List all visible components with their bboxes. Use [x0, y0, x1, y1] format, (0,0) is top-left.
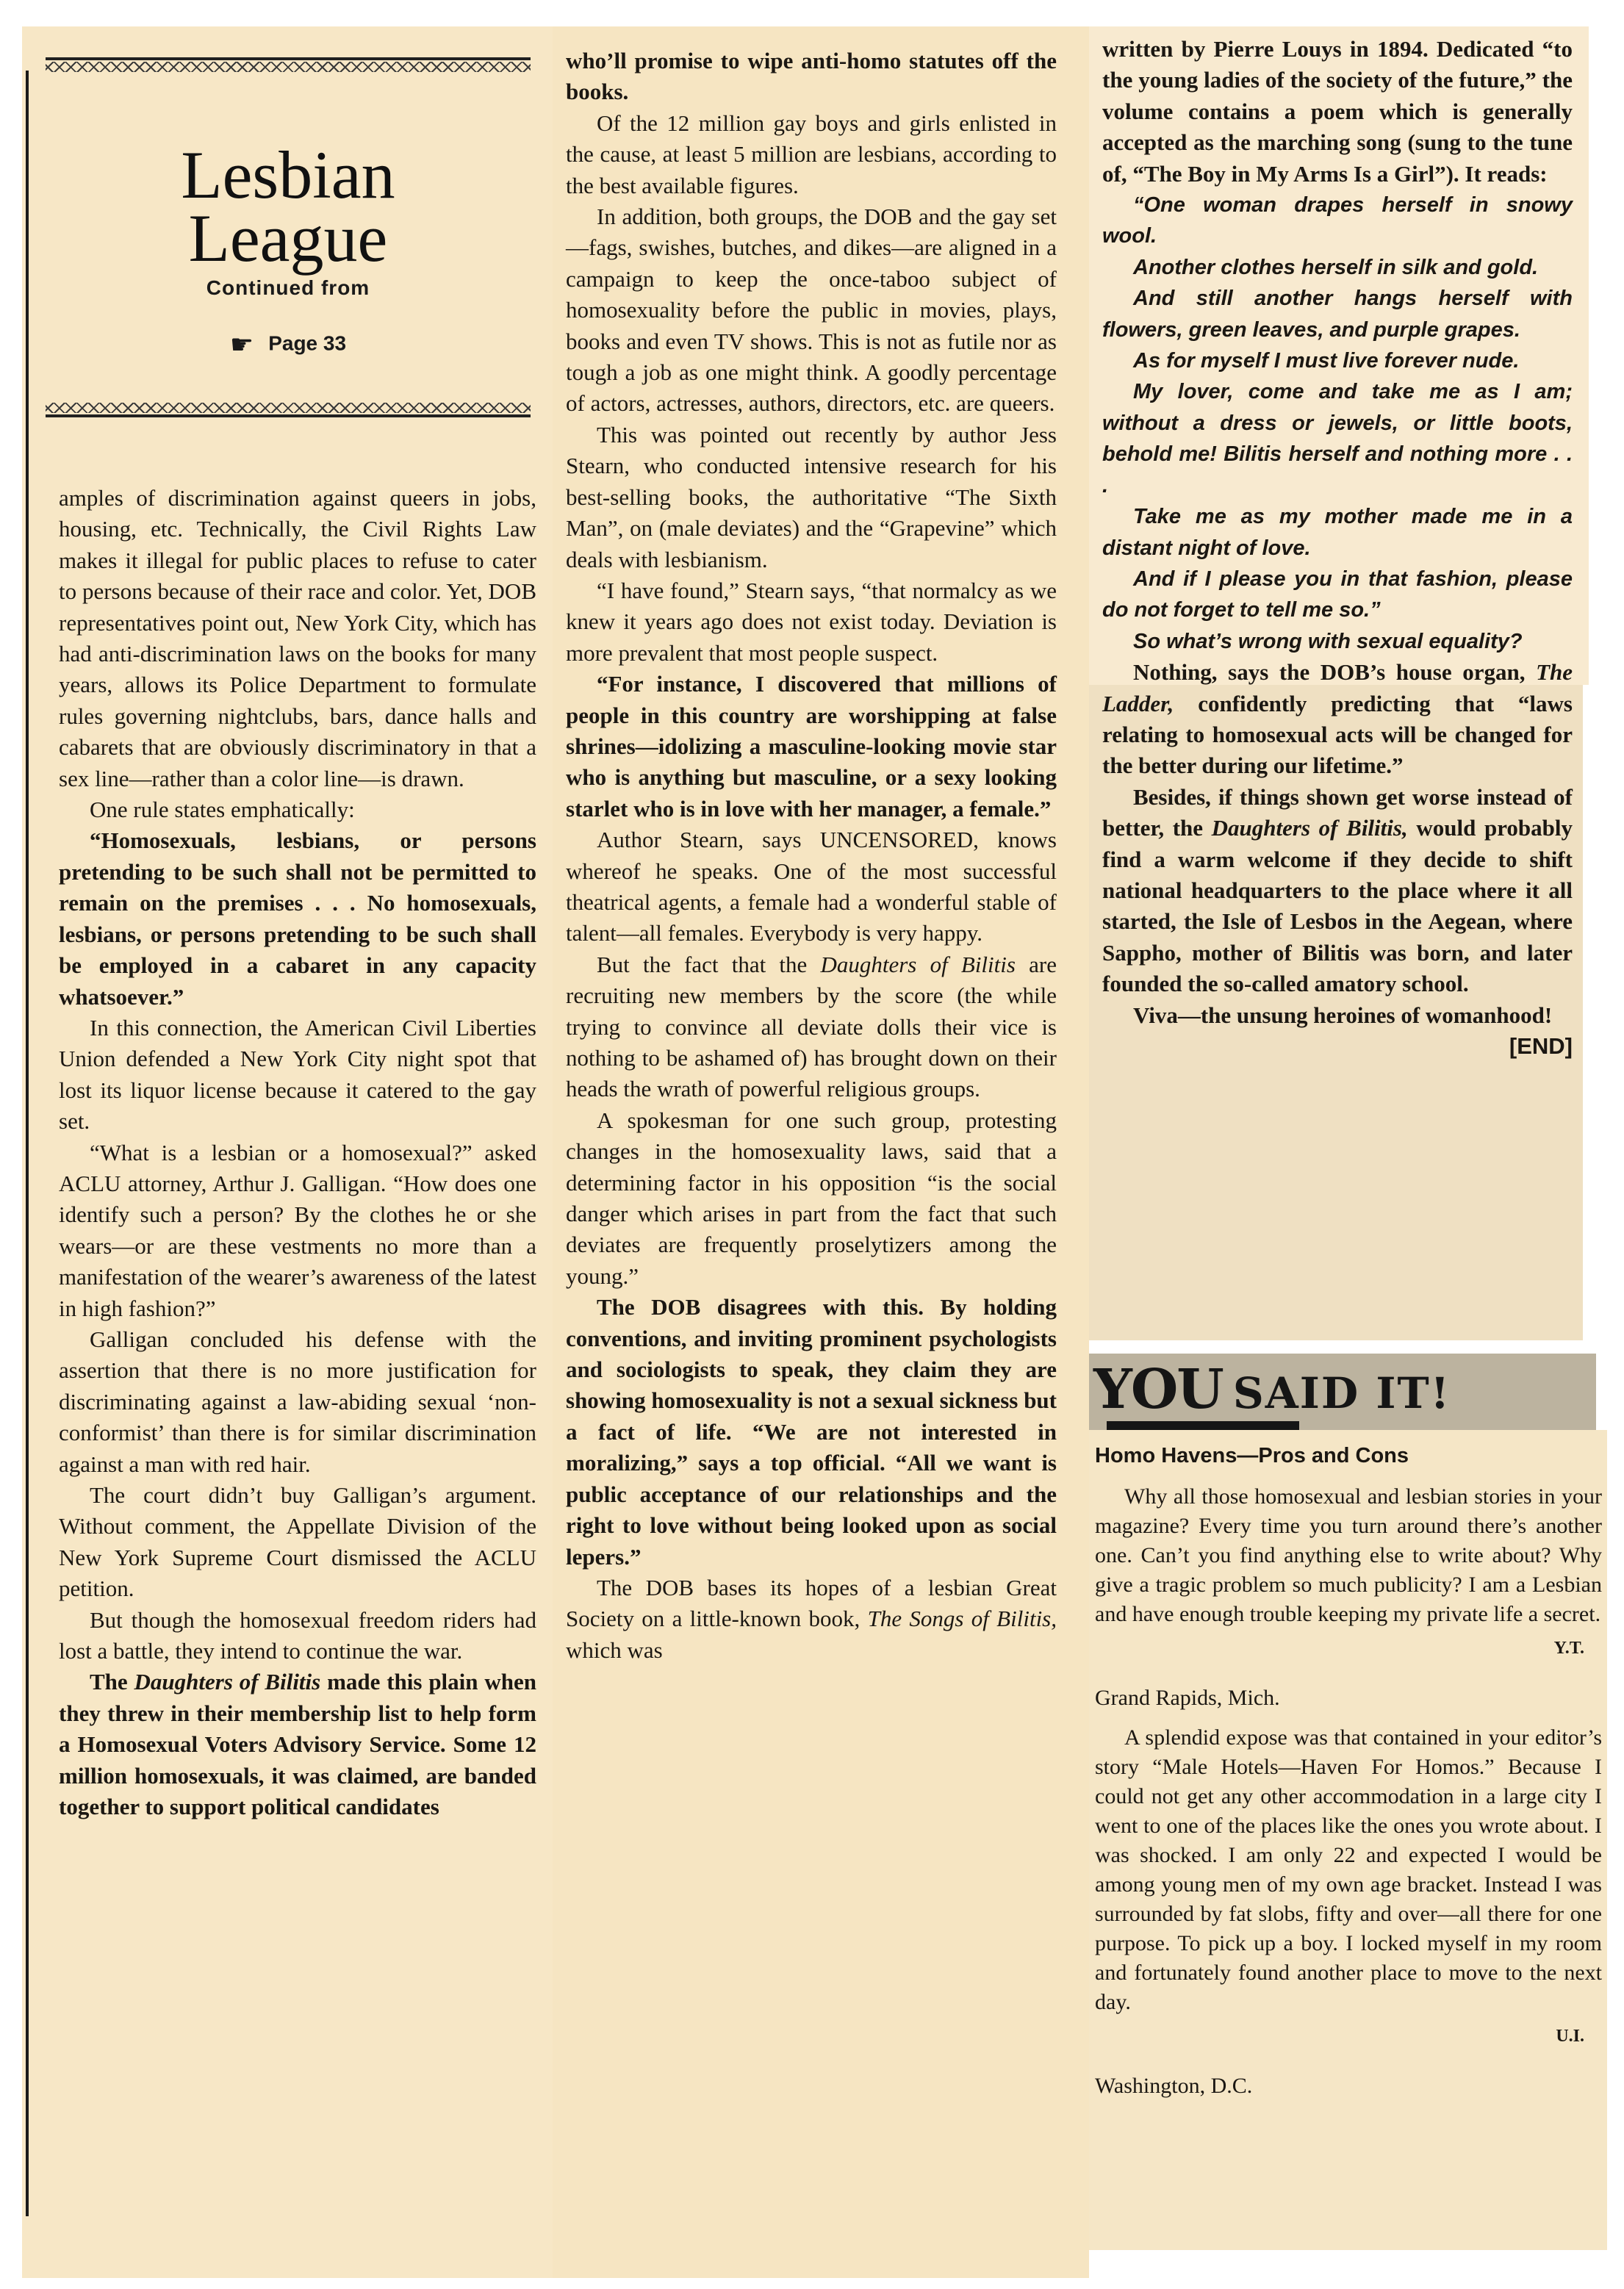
- you-said-it-banner: YOUSAID IT!: [1089, 1354, 1596, 1430]
- poem-line: Take me as my mother made me in a distan…: [1102, 501, 1573, 564]
- poem-line: As for myself I must live forever nude.: [1102, 345, 1573, 376]
- letter-1-signature: Y.T.: [1095, 1634, 1584, 1663]
- paragraph: In addition, both groups, the DOB and th…: [566, 201, 1057, 420]
- paragraph: But though the homosexual freedom riders…: [59, 1605, 536, 1667]
- paragraph: Nothing, says the DOB’s house organ, The…: [1102, 657, 1573, 782]
- paragraph: “What is a lesbian or a homosexual?” ask…: [59, 1138, 536, 1324]
- pointing-hand-icon: ☛: [230, 329, 254, 360]
- paragraph-bold: “For instance, I discovered that million…: [566, 669, 1057, 824]
- quoted-rule: “Homosexuals, lesbians, or persons prete…: [59, 825, 536, 1012]
- banner-said-it: SAID IT!: [1233, 1368, 1451, 1418]
- paragraph: written by Pierre Louys in 1894. Dedicat…: [1102, 34, 1573, 190]
- paragraph: But the fact that the Daughters of Bilit…: [566, 949, 1057, 1105]
- continued-from-label: Continued from: [46, 276, 531, 300]
- poem-line: “One woman drapes herself in snowy wool.: [1102, 190, 1573, 252]
- letter-2-signature: U.I.: [1095, 2022, 1584, 2051]
- letters-heading: Homo Havens—Pros and Cons: [1095, 1441, 1602, 1470]
- banner-title: YOUSAID IT!: [1093, 1358, 1451, 1421]
- paragraph: The court didn’t buy Galligan’s argument…: [59, 1480, 536, 1605]
- paragraph: Galligan concluded his defense with the …: [59, 1324, 536, 1480]
- page-reference: ☛Page 33: [46, 329, 531, 360]
- paragraph: A spokesman for one such group, protesti…: [566, 1105, 1057, 1292]
- poem-line: So what’s wrong with sexual equality?: [1102, 626, 1573, 657]
- paragraph-bold: The DOB disagrees with this. By holding …: [566, 1292, 1057, 1573]
- letter-1-body: Why all those homosexual and lesbian sto…: [1095, 1482, 1602, 1629]
- article-title-box: Lesbian League Continued from ☛Page 33: [46, 57, 545, 428]
- org-name: Daughters of Bilitis,: [1212, 815, 1408, 841]
- paragraph: amples of discrimination against queers …: [59, 483, 536, 794]
- column-1-text: amples of discrimination against queers …: [59, 483, 536, 1822]
- paragraph-bold: The Daughters of Bilitis made this plain…: [59, 1667, 536, 1822]
- org-name: Daughters of Bilitis: [134, 1669, 321, 1695]
- paragraph: Besides, if things shown get worse inste…: [1102, 782, 1573, 1000]
- letters-to-editor: Homo Havens—Pros and Cons Why all those …: [1095, 1437, 1602, 2111]
- poem-line: And still another hangs herself with flo…: [1102, 283, 1573, 345]
- paragraph: This was pointed out recently by author …: [566, 420, 1057, 575]
- paragraph: Of the 12 million gay boys and girls enl…: [566, 108, 1057, 201]
- paragraph: who’ll promise to wipe anti-homo statute…: [566, 46, 1057, 108]
- closing-paragraph: Viva—the unsung heroines of womanhood![E…: [1102, 1000, 1573, 1031]
- org-name: Daughters of Bilitis: [820, 952, 1015, 977]
- poem-line: My lover, come and take me as I am; with…: [1102, 376, 1573, 501]
- end-mark: [END]: [1509, 1031, 1573, 1062]
- column-3-text: written by Pierre Louys in 1894. Dedicat…: [1102, 34, 1573, 1062]
- page-reference-text: Page 33: [268, 331, 346, 354]
- column-2-text: who’ll promise to wipe anti-homo statute…: [566, 46, 1057, 1666]
- poem-line: And if I please you in that fashion, ple…: [1102, 564, 1573, 626]
- banner-underline: [1107, 1421, 1299, 1430]
- letter-2-body: A splendid expose was that contained in …: [1095, 1723, 1602, 2017]
- paragraph: “I have found,” Stearn says, “that norma…: [566, 575, 1057, 669]
- article-title-line-2: League: [46, 201, 531, 275]
- decorative-border-bottom: [46, 403, 531, 419]
- book-title: The Songs of Bilitis,: [868, 1606, 1057, 1631]
- paragraph: One rule states emphatically:: [59, 794, 536, 825]
- paragraph: In this connection, the American Civil L…: [59, 1013, 536, 1138]
- letter-1-location: Grand Rapids, Mich.: [1095, 1683, 1602, 1713]
- paragraph: Author Stearn, says UNCENSORED, knows wh…: [566, 824, 1057, 949]
- banner-you: YOU: [1093, 1358, 1223, 1421]
- letter-2-location: Washington, D.C.: [1095, 2071, 1602, 2101]
- decorative-border-top: [46, 57, 531, 73]
- column-rule: [26, 71, 29, 2216]
- poem-line: Another clothes herself in silk and gold…: [1102, 252, 1573, 283]
- paragraph: The DOB bases its hopes of a lesbian Gre…: [566, 1573, 1057, 1666]
